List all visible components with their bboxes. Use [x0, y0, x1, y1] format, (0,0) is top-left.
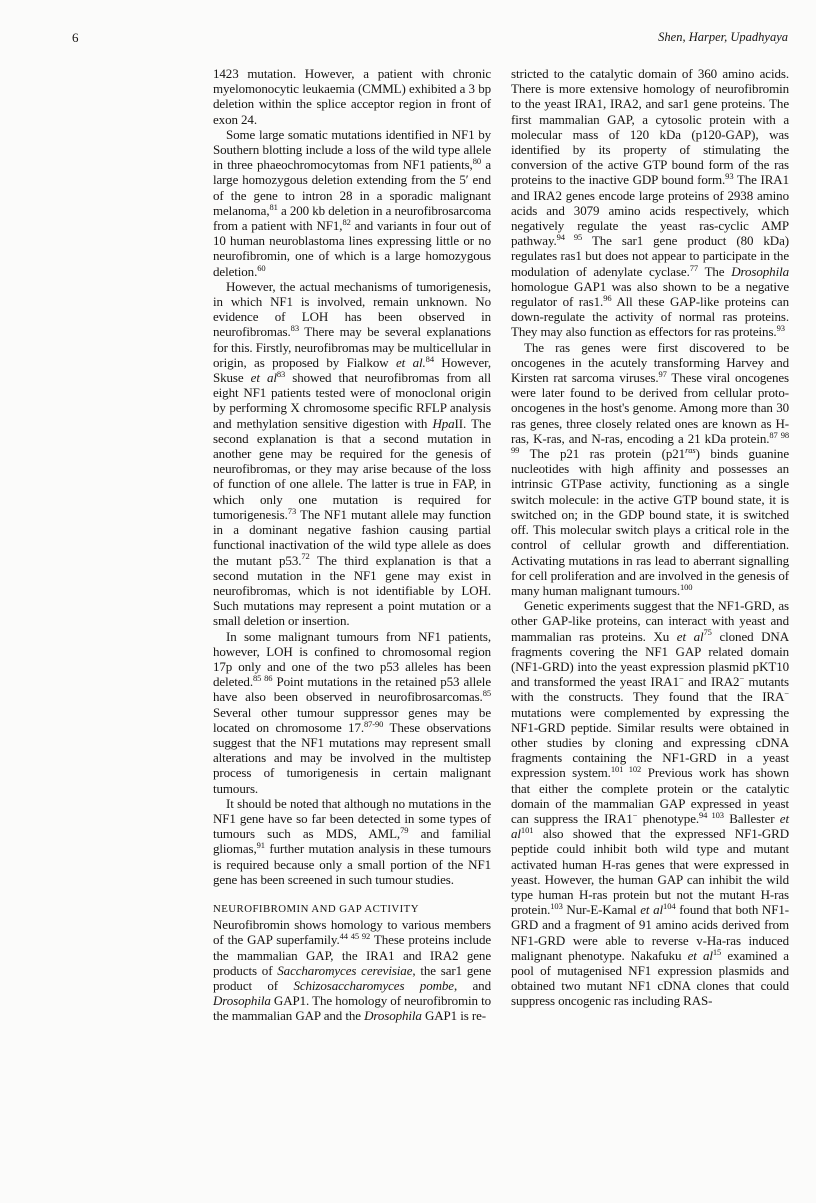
reference-superscript: 77	[690, 263, 698, 273]
reference-superscript: 75	[704, 627, 712, 637]
reference-superscript: 82	[342, 217, 350, 227]
reference-superscript: 44 45 92	[340, 931, 371, 941]
reference-superscript: 94 103	[699, 810, 724, 820]
italic-text: Hpa	[432, 416, 454, 431]
page-header: 6 Shen, Harper, Upadhyaya	[0, 28, 816, 48]
reference-superscript: 101	[521, 825, 533, 835]
italic-text: Drosophila	[364, 1008, 422, 1023]
reference-superscript: 87 98 99	[511, 430, 789, 455]
reference-superscript: −	[784, 688, 789, 698]
reference-superscript: 101 102	[611, 764, 641, 774]
paragraph: Some large somatic mutations identified …	[213, 127, 491, 279]
reference-superscript: 83	[291, 323, 299, 333]
page-number: 6	[72, 30, 79, 46]
reference-superscript: 85 86	[253, 673, 272, 683]
italic-text: Saccharomyces cerevisiae	[277, 963, 412, 978]
reference-superscript: −	[679, 673, 684, 683]
italic-text: Schizosaccharomyces pombe	[293, 978, 454, 993]
section-heading: NEUROFIBROMIN AND GAP ACTIVITY	[213, 902, 491, 917]
paragraph: However, the actual mechanisms of tumori…	[213, 279, 491, 629]
italic-text: et al	[251, 370, 277, 385]
italic-text: et al	[511, 811, 789, 841]
running-head: Shen, Harper, Upadhyaya	[658, 30, 788, 45]
paragraph: Genetic experiments suggest that the NF1…	[511, 598, 789, 1008]
italic-text: et al	[640, 902, 663, 917]
reference-superscript: 87-90	[364, 719, 383, 729]
italic-text: Drosophila	[213, 993, 271, 1008]
reference-superscript: 83	[277, 369, 285, 379]
paragraph: Neurofibromin shows homology to various …	[213, 917, 491, 1023]
two-column-text-body: 1423 mutation. However, a patient with c…	[213, 66, 789, 1024]
italic-text: Drosophila	[731, 264, 789, 279]
paragraph: The ras genes were first discovered to b…	[511, 340, 789, 598]
italic-text: et al	[688, 948, 713, 963]
reference-superscript: −	[739, 673, 744, 683]
reference-superscript: 103	[550, 901, 562, 911]
paragraph: In some malignant tumours from NF1 patie…	[213, 629, 491, 796]
reference-superscript: 84	[426, 354, 434, 364]
italic-text: et al	[677, 629, 704, 644]
reference-superscript: 93	[777, 323, 785, 333]
reference-superscript: 60	[257, 263, 265, 273]
reference-superscript: 79	[400, 825, 408, 835]
reference-superscript: 104	[663, 901, 675, 911]
reference-superscript: ras	[685, 445, 696, 455]
reference-superscript: 72	[301, 551, 309, 561]
left-column: 1423 mutation. However, a patient with c…	[213, 66, 491, 1024]
right-column: stricted to the catalytic domain of 360 …	[511, 66, 789, 1024]
reference-superscript: 80	[473, 156, 481, 166]
paragraph: It should be noted that although no muta…	[213, 796, 491, 887]
reference-superscript: 85	[483, 688, 491, 698]
reference-superscript: 96	[603, 293, 611, 303]
reference-superscript: 97	[658, 369, 666, 379]
reference-superscript: 100	[680, 582, 692, 592]
document-page: 6 Shen, Harper, Upadhyaya 1423 mutation.…	[0, 0, 816, 1203]
paragraph: 1423 mutation. However, a patient with c…	[213, 66, 491, 127]
reference-superscript: 73	[288, 506, 296, 516]
reference-superscript: 93	[725, 171, 733, 181]
reference-superscript: 91	[257, 840, 265, 850]
reference-superscript: −	[633, 810, 638, 820]
italic-text: et al.	[396, 355, 426, 370]
paragraph: stricted to the catalytic domain of 360 …	[511, 66, 789, 340]
reference-superscript: 94 95	[557, 232, 583, 242]
reference-superscript: 81	[270, 202, 278, 212]
reference-superscript: 15	[713, 947, 721, 957]
